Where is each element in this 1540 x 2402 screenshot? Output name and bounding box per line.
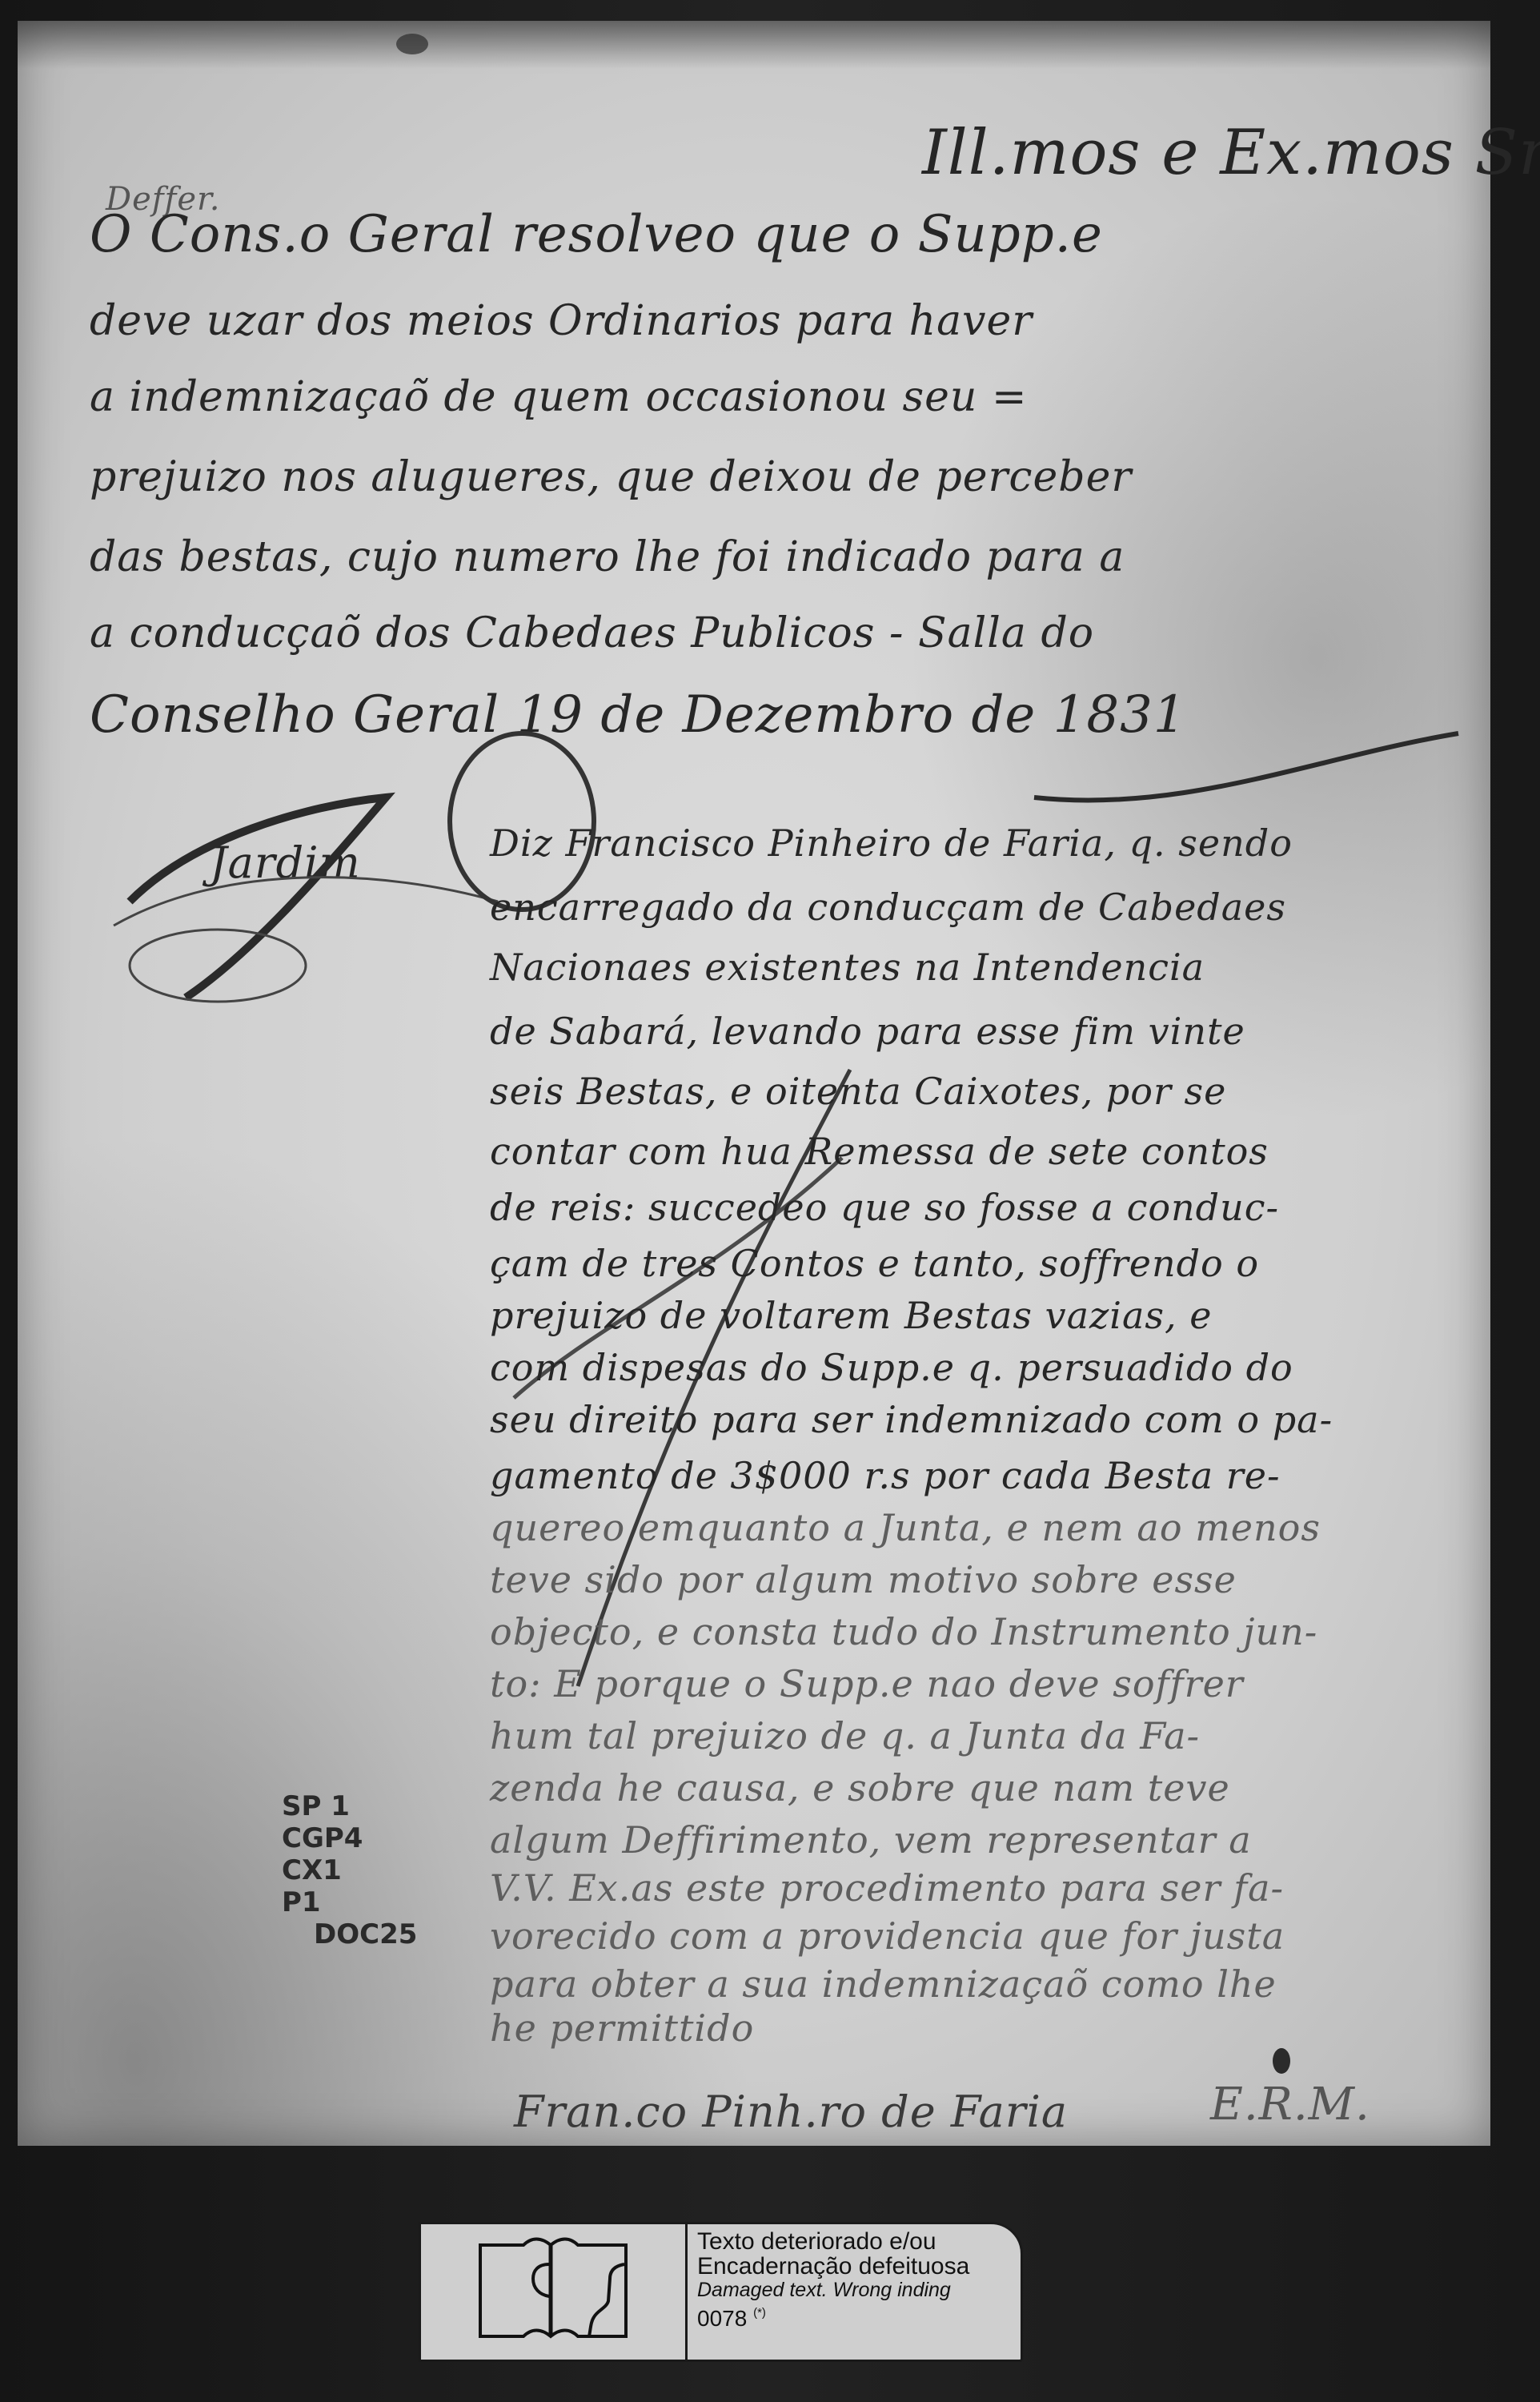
dispatch-line: O Cons.o Geral resolveo que o Supp.e	[90, 205, 1103, 264]
petition-line: de reis: succedeo que so fosse a conduc-	[490, 1186, 1279, 1229]
clerk-mark: E.R.M.	[1210, 2079, 1370, 2131]
petition-line: he permittido	[490, 2006, 754, 2050]
dispatch-date-line: Conselho Geral 19 de Dezembro de 1831	[90, 685, 1187, 745]
petition-line: gamento de 3$000 r.s por cada Besta re-	[490, 1454, 1281, 1497]
dispatch-line: a indemnizaçaõ de quem occasionou seu =	[90, 373, 1028, 421]
catalog-mark-line: CX1	[282, 1854, 442, 1886]
petition-line: para obter a sua indemnizaçaõ como lhe	[490, 1962, 1277, 2006]
petition-line: prejuizo de voltarem Bestas vazias, e	[490, 1294, 1213, 1337]
dispatch-line: a conducçaõ dos Cabedaes Publicos - Sall…	[90, 609, 1094, 657]
catalog-mark-line: CGP4	[282, 1822, 442, 1854]
petition-line: Diz Francisco Pinheiro de Faria, q. send…	[490, 821, 1293, 865]
petition-line: V.V. Ex.as este procedimento para ser fa…	[490, 1866, 1284, 1910]
petition-line: teve sido por algum motivo sobre esse	[490, 1558, 1237, 1601]
catalog-mark-line: DOC25	[282, 1918, 442, 1950]
petition-line: de Sabará, levando para esse fim vinte	[490, 1010, 1245, 1053]
dispatch-line: prejuizo nos alugueres, que deixou de pe…	[90, 453, 1132, 501]
petition-line: quereo emquanto a Junta, e nem ao menos	[490, 1506, 1321, 1549]
label-text: Texto deteriorado e/ou Encadernação defe…	[697, 2229, 969, 2331]
petition-line: to: E porque o Supp.e nao deve soffrer	[490, 1662, 1244, 1705]
petitioner-signature: Fran.co Pinh.ro de Faria	[514, 2087, 1068, 2137]
petition-line: contar com hua Remessa de sete contos	[490, 1130, 1269, 1173]
label-code-number: 0078	[697, 2306, 747, 2331]
salutation: Ill.mos e Ex.mos Snr.s	[922, 117, 1540, 189]
petition-line: seu direito para ser indemnizado com o p…	[490, 1398, 1333, 1441]
petition-line: çam de tres Contos e tanto, soffrendo o	[490, 1242, 1259, 1285]
damaged-book-icon	[477, 2234, 629, 2346]
petition-line: seis Bestas, e oitenta Caixotes, por se	[490, 1070, 1226, 1113]
ink-blot	[1273, 2048, 1290, 2074]
label-line-pt-2: Encadernação defeituosa	[697, 2254, 969, 2279]
petition-line: hum tal prejuizo de q. a Junta da Fa-	[490, 1714, 1200, 1757]
ink-blot	[396, 34, 428, 54]
petition-line: Nacionaes existentes na Intendencia	[490, 946, 1205, 989]
petition-line: com dispesas do Supp.e q. persuadido do	[490, 1346, 1293, 1389]
manuscript-page: Ill.mos e Ex.mos Snr.s Deffer. O Cons.o …	[18, 21, 1490, 2146]
label-line-en: Damaged text. Wrong inding	[697, 2279, 969, 2301]
catalog-mark-line: SP 1	[282, 1790, 442, 1822]
petition-line: encarregado da conducçam de Cabedaes	[490, 886, 1286, 929]
petition-line: zenda he causa, e sobre que nam teve	[490, 1766, 1230, 1810]
label-code: 0078 (*)	[697, 2301, 969, 2331]
dispatch-line: das bestas, cujo numero lhe foi indicado…	[90, 533, 1125, 581]
label-line-pt-1: Texto deteriorado e/ou	[697, 2229, 969, 2254]
archive-damage-label: Texto deteriorado e/ou Encadernação defe…	[419, 2222, 1023, 2362]
dispatch-line: deve uzar dos meios Ordinarios para have…	[90, 297, 1033, 345]
label-icon-cell	[421, 2224, 688, 2360]
label-code-marker: (*)	[753, 2306, 766, 2320]
petition-line: algum Deffirimento, vem representar a	[490, 1818, 1252, 1862]
flourish-icon	[1026, 709, 1474, 837]
catalog-mark-line: P1	[282, 1886, 442, 1918]
catalog-mark: SP 1 CGP4 CX1 P1 DOC25	[282, 1790, 442, 1950]
petition-line: vorecido com a providencia que for justa	[490, 1914, 1285, 1958]
petition-line: objecto, e consta tudo do Instrumento ju…	[490, 1610, 1317, 1653]
